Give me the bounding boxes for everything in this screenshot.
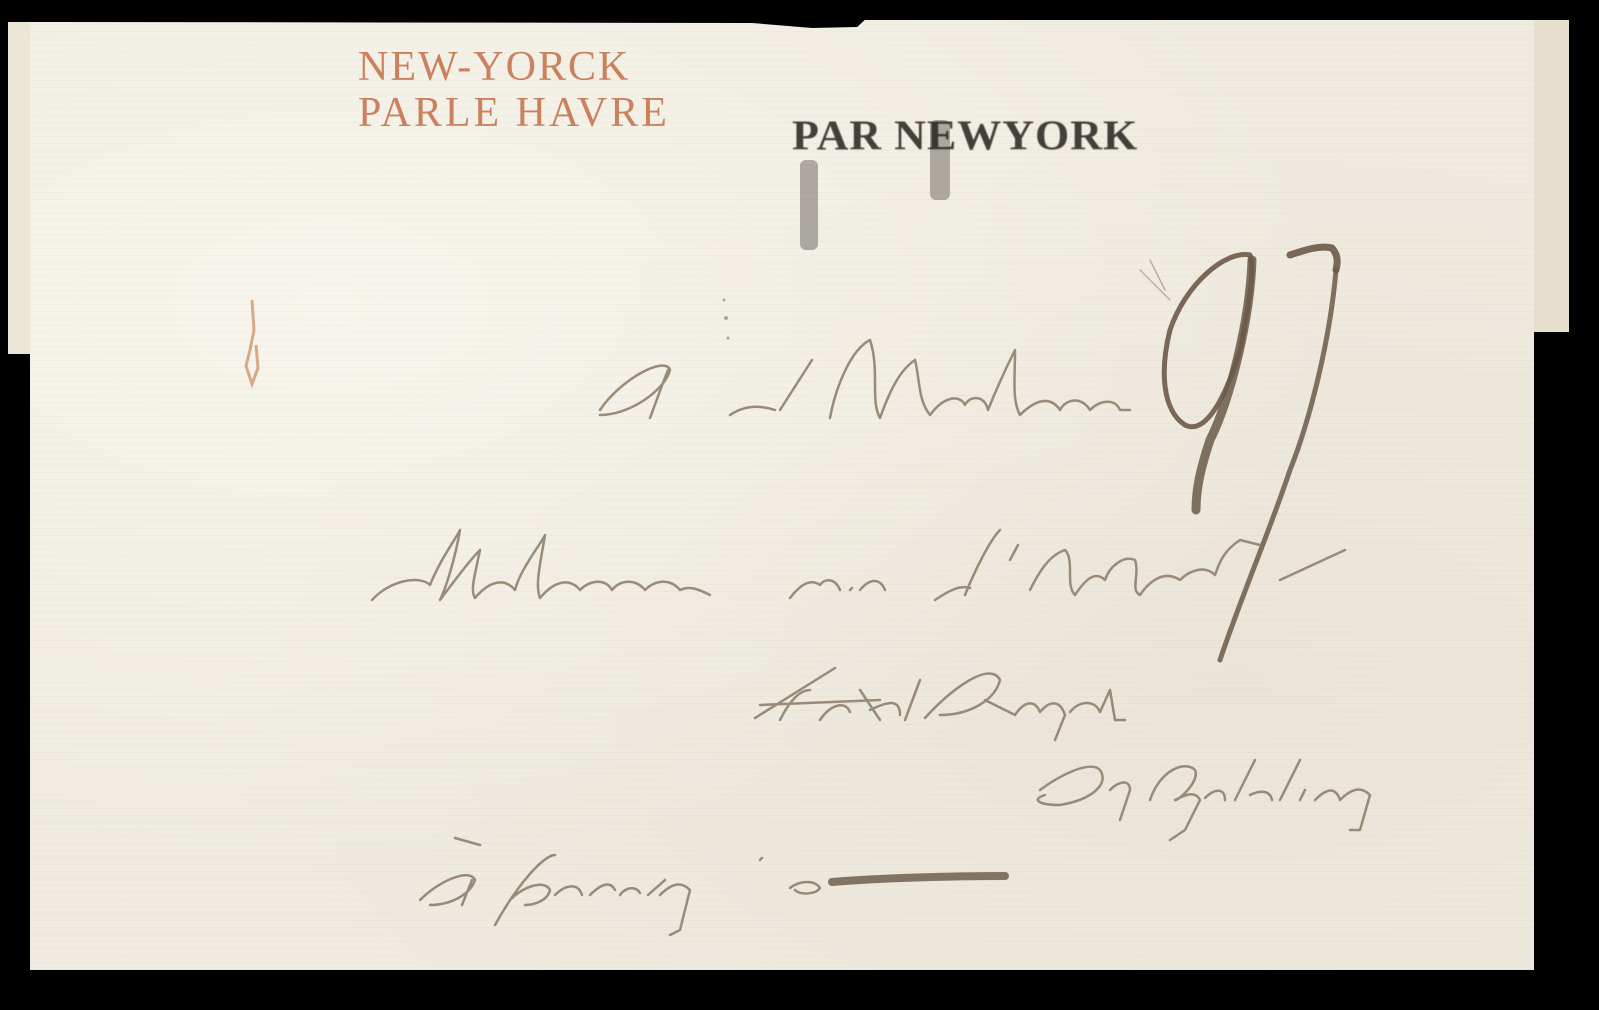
photo-stage: NEW-YORCK PARLE HAVRE PAR NEWYORK 97 xyxy=(0,0,1599,1010)
red-postmark-new-york-par-le-havre: NEW-YORCK PARLE HAVRE xyxy=(358,44,670,136)
black-postmark-par-new-york: PAR NEWYORK xyxy=(792,111,1138,159)
letter-cover-paper xyxy=(30,20,1534,970)
red-postmark-line2: PARLE HAVRE xyxy=(358,90,670,136)
red-postmark-line1: NEW-YORCK xyxy=(358,44,670,90)
